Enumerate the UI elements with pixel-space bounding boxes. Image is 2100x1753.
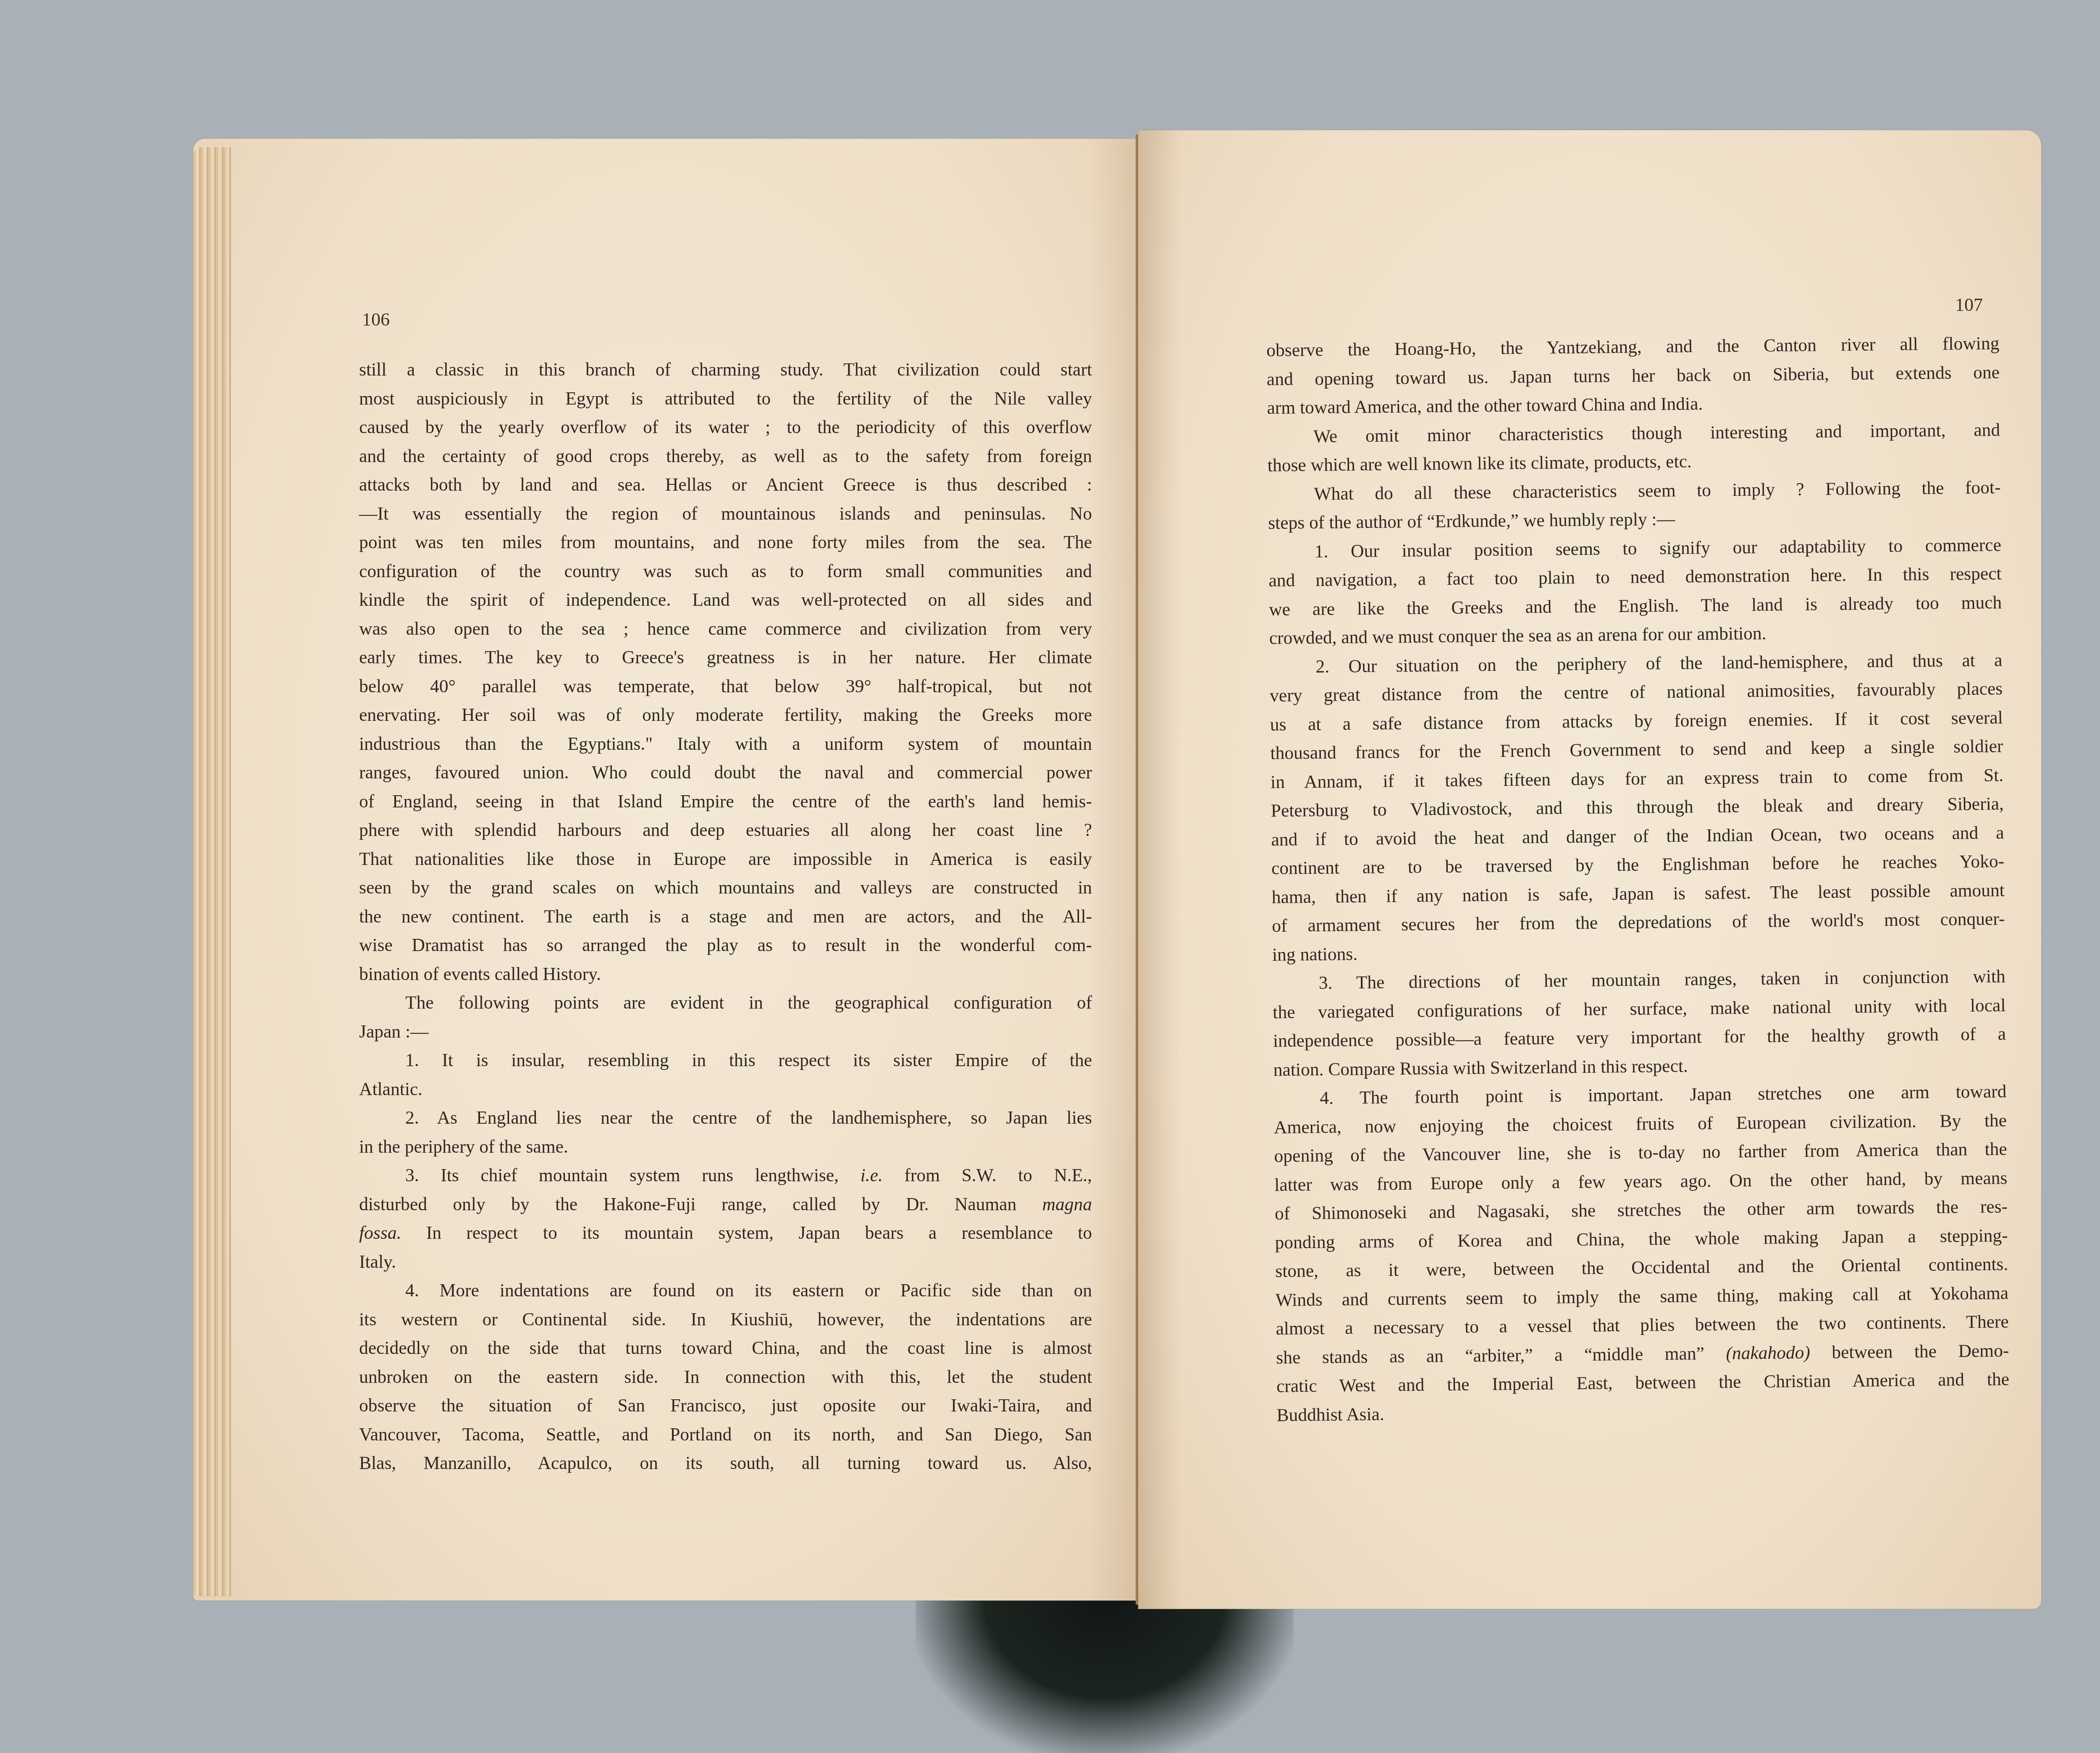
page-number-left: 106	[362, 309, 390, 330]
minor-characteristics-paragraph: We omit minor characteristics though int…	[1267, 415, 2000, 480]
reply-3: 3. The directions of her mountain ranges…	[1272, 962, 2006, 1084]
book-shadow	[916, 1596, 1294, 1753]
left-page-text: still a classic in this branch of charmi…	[359, 355, 1092, 1478]
point-2: 2. As England lies near the centre of th…	[359, 1104, 1092, 1161]
point-4: 4. More indentations are found on its ea…	[359, 1276, 1092, 1478]
right-page-text: observe the Hoang-Ho, the Yantzekiang, a…	[1266, 329, 2010, 1430]
reply-2: 2. Our situation on the periphery of the…	[1269, 646, 2005, 969]
right-page: 107 observe the Hoang-Ho, the Yantzekian…	[1138, 130, 2041, 1609]
left-page: 106 still a classic in this branch of ch…	[193, 139, 1138, 1601]
reply-4: 4. The fourth point is important. Japan …	[1273, 1077, 2010, 1430]
open-book: 106 still a classic in this branch of ch…	[193, 139, 2050, 1609]
right-paragraph-continued: observe the Hoang-Ho, the Yantzekiang, a…	[1266, 329, 2000, 422]
question-paragraph: What do all these characteristics seem t…	[1268, 473, 2001, 538]
point-1: 1. It is insular, resembling in this res…	[359, 1046, 1092, 1104]
left-paragraph-continued: still a classic in this branch of charmi…	[359, 355, 1092, 988]
page-number-right: 107	[1955, 294, 1983, 315]
point-3: 3. Its chief mountain system runs length…	[359, 1161, 1092, 1276]
intro-paragraph: The following points are evident in the …	[359, 988, 1092, 1046]
reply-1: 1. Our insular position seems to signify…	[1268, 531, 2003, 653]
